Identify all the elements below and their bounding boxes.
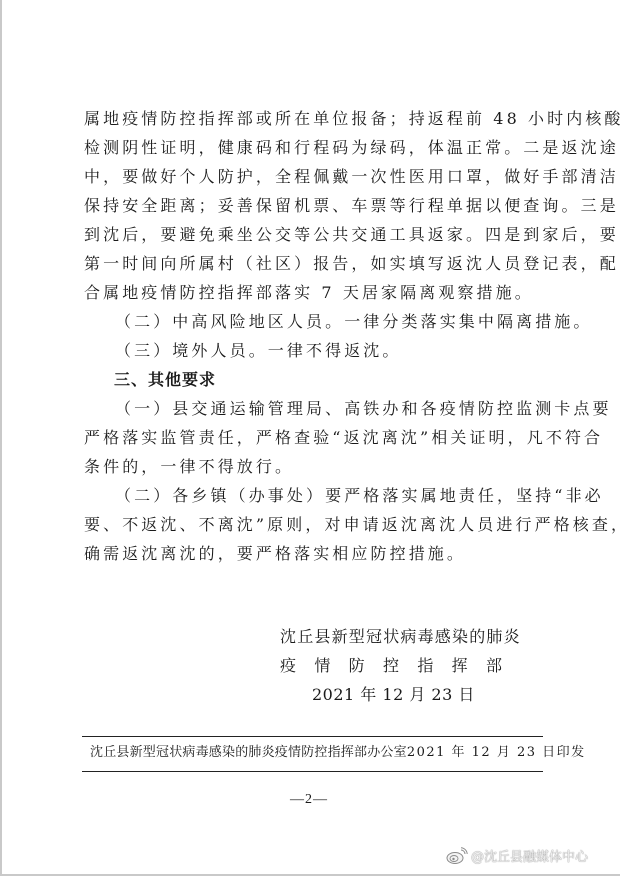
body-line: 到沈后，要避免乘坐公交等公共交通工具返家。四是到家后，要 (84, 220, 546, 249)
footer-issue-date: 2021 年 12 月 23 日印发 (407, 742, 586, 764)
page-number: —2— (290, 792, 328, 808)
signature-char: 情 (314, 651, 330, 680)
issuance-footer: 沈丘县新型冠状病毒感染的肺炎疫情防控指挥部办公室 2021 年 12 月 23 … (90, 742, 540, 764)
section3-item2-line: （二）各乡镇（办事处）要严格落实属地责任，坚持“非必 (84, 481, 546, 510)
item-overseas: （三）境外人员。一律不得返沈。 (84, 336, 546, 365)
signature-char: 防 (349, 651, 365, 680)
signature-date: 2021 年 12 月 23 日 (280, 680, 520, 709)
body-line: 保持安全距离；妥善保留机票、车票等行程单据以便查询。三是 (84, 191, 546, 220)
footer-issuer: 沈丘县新型冠状病毒感染的肺炎疫情防控指挥部办公室 (90, 742, 407, 764)
signature-char: 指 (417, 651, 433, 680)
signature-block: 沈丘县新型冠状病毒感染的肺炎 疫 情 防 控 指 挥 部 2021 年 12 月… (280, 622, 520, 709)
signature-org-line-1: 沈丘县新型冠状病毒感染的肺炎 (280, 622, 520, 651)
body-line: 检测阴性证明，健康码和行程码为绿码，体温正常。二是返沈途 (84, 133, 546, 162)
body-line: 合属地疫情防控指挥部落实 7 天居家隔离观察措施。 (84, 278, 546, 307)
watermark: @沈丘县融媒体中心 (446, 846, 588, 865)
signature-char: 控 (383, 651, 399, 680)
document-page: 属地疫情防控指挥部或所在单位报备；持返程前 48 小时内核酸 检测阴性证明，健康… (0, 0, 620, 876)
watermark-text: @沈丘县融媒体中心 (471, 846, 588, 865)
footer-rule-top (82, 736, 543, 737)
section3-item2-line: 确需返沈离沈的，要严格落实相应防控措施。 (84, 539, 546, 568)
body-line: 第一时间向所属村（社区）报告，如实填写返沈人员登记表，配 (84, 249, 546, 278)
section3-item1-line: 严格落实监管责任，严格查验“返沈离沈”相关证明，凡不符合 (84, 423, 546, 452)
document-body: 属地疫情防控指挥部或所在单位报备；持返程前 48 小时内核酸 检测阴性证明，健康… (84, 104, 546, 568)
section3-item1-line: 条件的，一律不得放行。 (84, 452, 546, 481)
section3-item2-line: 要、不返沈、不离沈”原则，对申请返沈离沈人员进行严格核查， (84, 510, 546, 539)
signature-char: 挥 (452, 651, 468, 680)
weibo-icon (446, 847, 468, 865)
signature-char: 部 (486, 651, 502, 680)
footer-rule-bottom (82, 771, 543, 772)
signature-org-line-2: 疫 情 防 控 指 挥 部 (280, 651, 502, 680)
section-heading-other-requirements: 三、其他要求 (84, 365, 546, 394)
body-line: 属地疫情防控指挥部或所在单位报备；持返程前 48 小时内核酸 (84, 104, 546, 133)
section3-item1-line: （一）县交通运输管理局、高铁办和各疫情防控监测卡点要 (84, 394, 546, 423)
body-line: 中，要做好个人防护，全程佩戴一次性医用口罩，做好手部清洁， (84, 162, 546, 191)
signature-char: 疫 (280, 651, 296, 680)
item-medium-high-risk: （二）中高风险地区人员。一律分类落实集中隔离措施。 (84, 307, 546, 336)
